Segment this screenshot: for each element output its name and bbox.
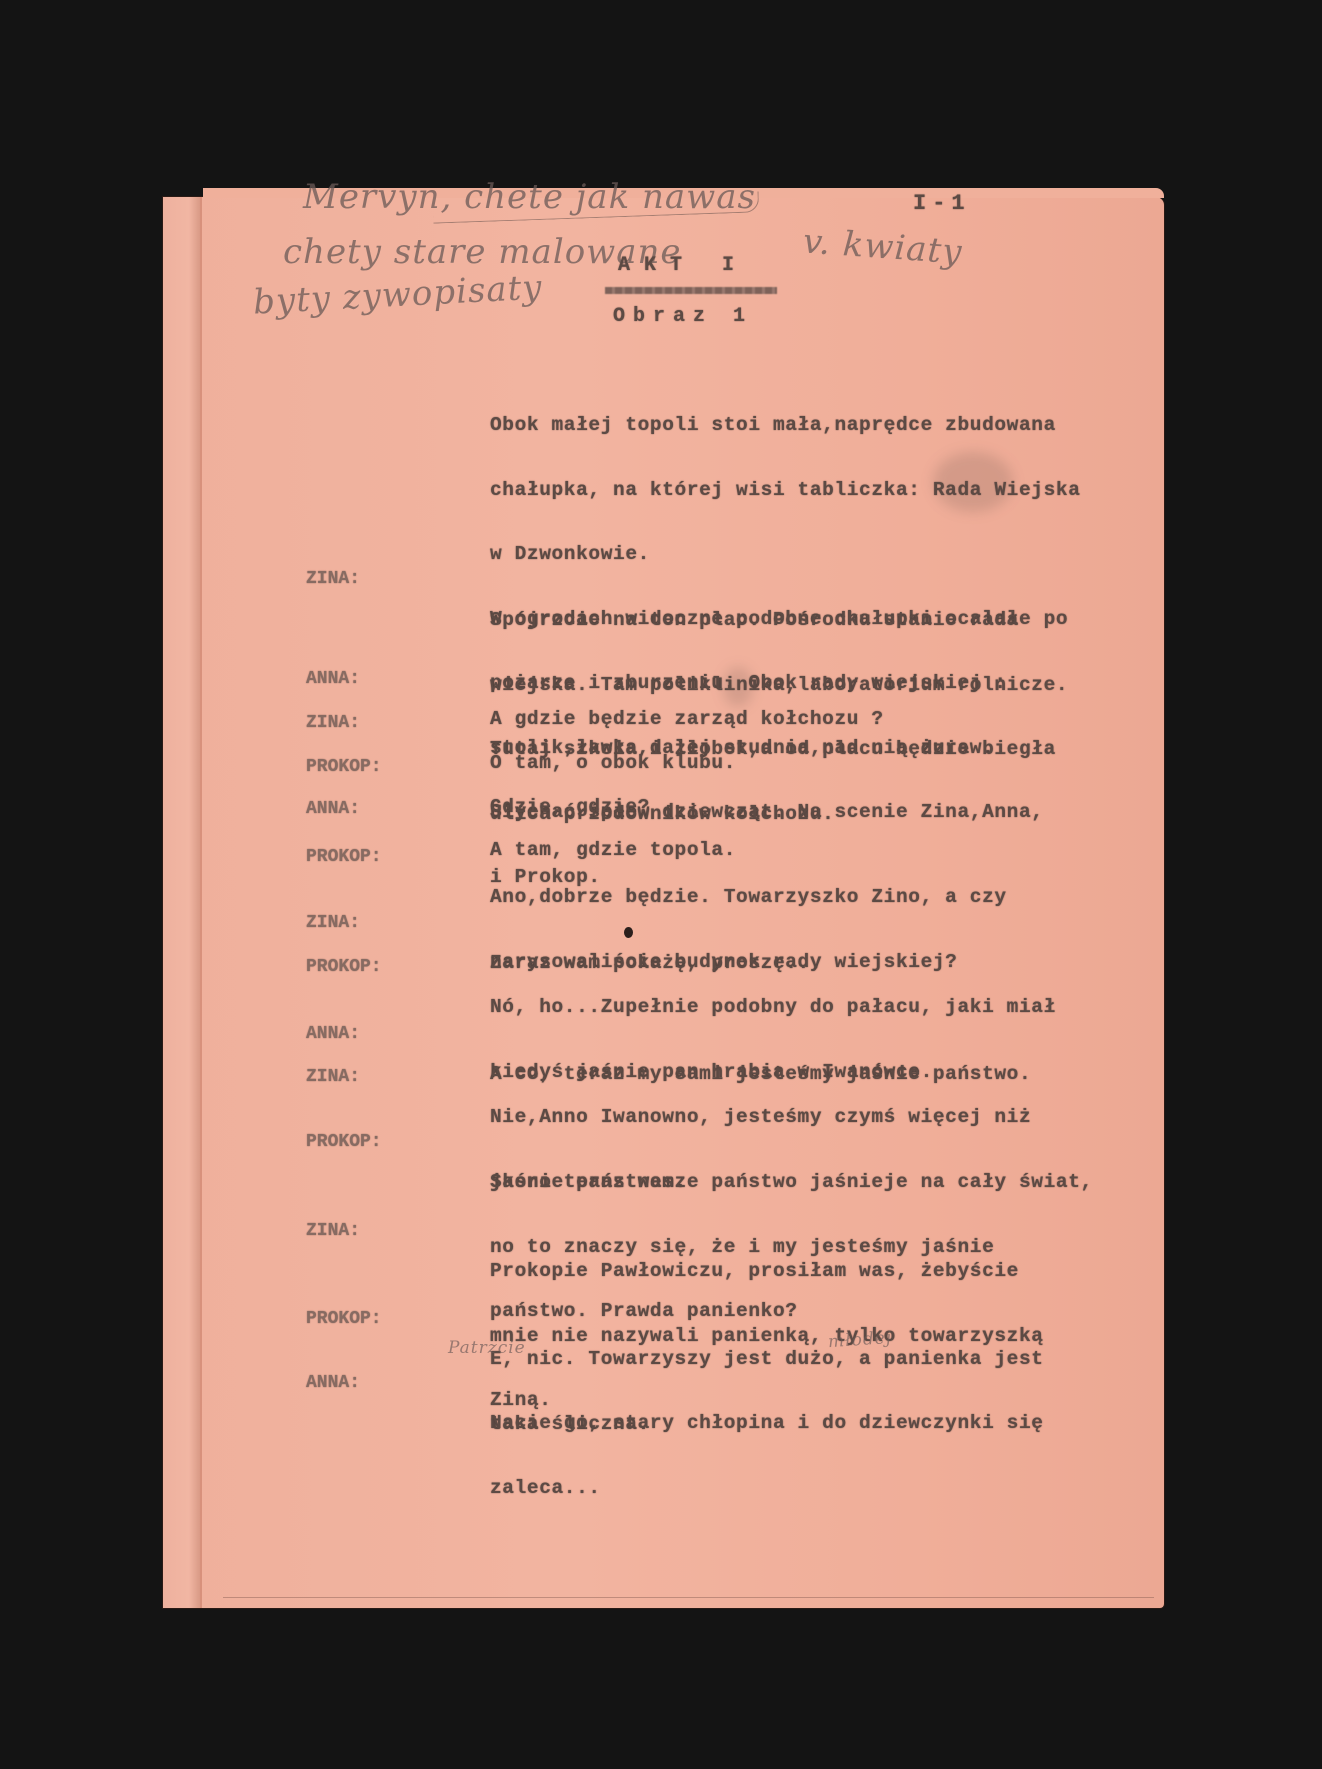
speaker-label: ZINA: — [306, 1221, 360, 1241]
page-number: I-1 — [913, 191, 971, 216]
handwritten-note-line-3: byty zywopisaty — [252, 267, 543, 322]
act-title: AKT I — [618, 254, 748, 277]
speaker-label: ANNA: — [306, 669, 360, 689]
dialogue-line: Nacie go, stary chłopina i do dziewczynk… — [490, 1413, 1044, 1435]
speaker-label: ZINA: — [306, 913, 360, 933]
scene-title: Obraz 1 — [613, 305, 753, 328]
speaker-label: ZINA: — [306, 1067, 360, 1087]
speaker-label: PROKOP: — [306, 757, 382, 777]
speaker-label: PROKOP: — [306, 1309, 382, 1329]
dialogue-text: Nacie go, stary chłopina i do dziewczynk… — [490, 1370, 1044, 1542]
speaker-label: PROKOP: — [306, 847, 382, 867]
speaker-label: ZINA: — [306, 713, 360, 733]
stage-direction-line: w Dzwonkowie. — [490, 544, 1081, 566]
handwritten-note-right: v. kwiaty — [802, 221, 964, 272]
stage-direction-line: Obok małej topoli stoi mała,naprędce zbu… — [490, 415, 1081, 437]
dialogue-line: Skoro teraz nasze państwo jaśnieje na ca… — [490, 1172, 1093, 1194]
speaker-label: ANNA: — [306, 799, 360, 819]
speaker-label: ANNA: — [306, 1373, 360, 1393]
dialogue-line: Prokopie Pawłowiczu, prosiłam was, żebyś… — [490, 1261, 1044, 1283]
speaker-label: PROKOP: — [306, 957, 382, 977]
dialogue-line: zaleca... — [490, 1478, 1044, 1500]
handwritten-note-line-1: Mervyn, chete jak nawas — [303, 177, 756, 217]
dialogue-line: Ano,dobrze będzie. Towarzyszko Zino, a c… — [490, 887, 1007, 909]
binding-strip — [163, 197, 202, 1608]
paper-smudge — [723, 667, 753, 707]
dialogue-line: E, nic. Towarzyszy jest dużo, a panienka… — [490, 1349, 1044, 1371]
dialogue-line: Nie,Anno Iwanowno, jesteśmy czymś więcej… — [490, 1107, 1031, 1129]
paper-smudge — [933, 452, 1013, 512]
speaker-label: ANNA: — [306, 1024, 360, 1044]
page-bottom-crease — [223, 1597, 1154, 1598]
script-page: Mervyn, chete jak nawas chety stare malo… — [163, 197, 1164, 1608]
ink-blot — [624, 927, 633, 938]
speaker-label: ZINA: — [306, 569, 360, 589]
act-title-underline — [605, 287, 777, 294]
handwritten-margin-note: Patrzcie — [448, 1338, 526, 1358]
dialogue-line: Spójrzcie na ten plac. Pośrodku stanie r… — [490, 610, 1068, 632]
speaker-label: PROKOP: — [306, 1132, 382, 1152]
dialogue-line: Nó, ho...Zupełnie podobny do pałacu, jak… — [490, 997, 1056, 1019]
